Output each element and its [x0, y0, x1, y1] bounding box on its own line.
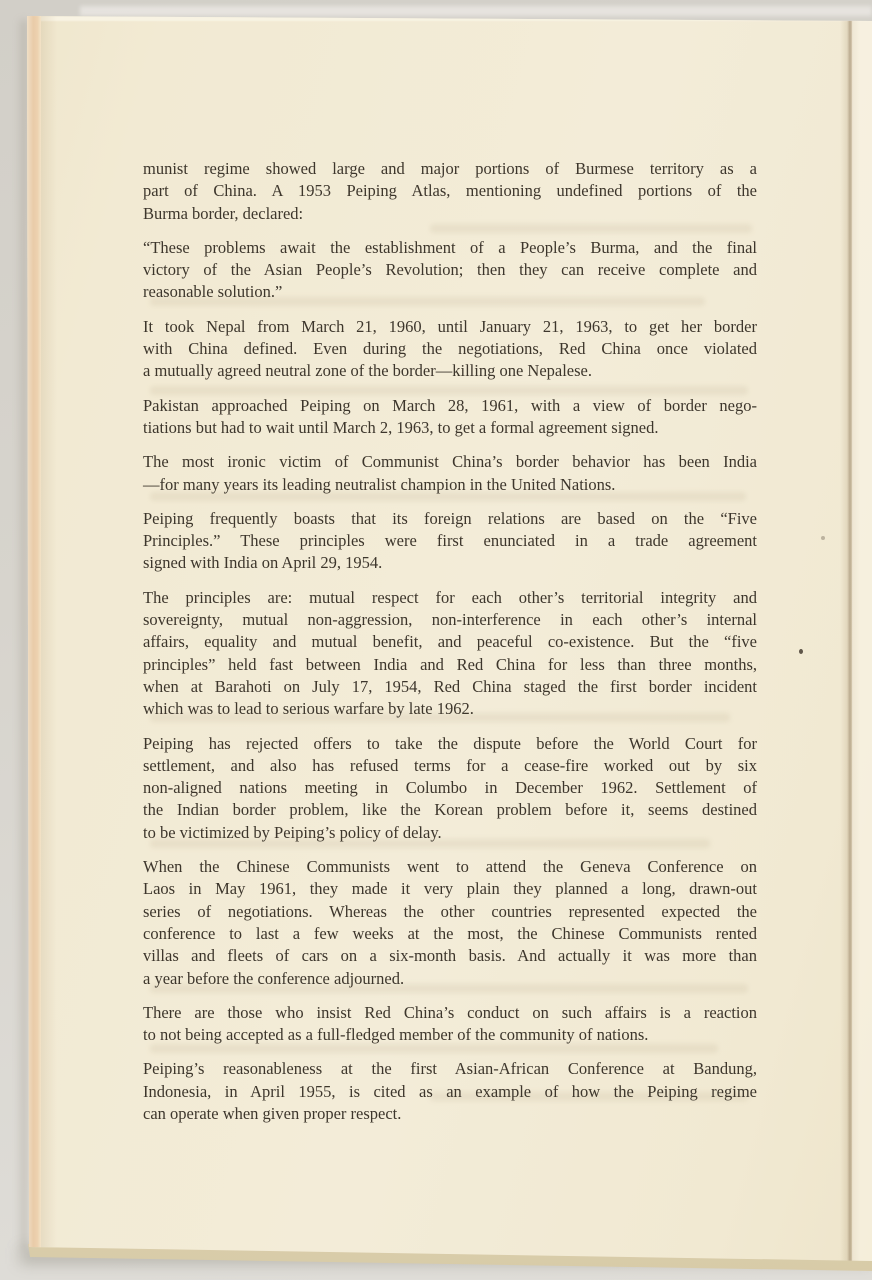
text-line: which was to lead to serious warfare by … [143, 698, 757, 720]
text-line: part of China. A 1953 Peiping Atlas, men… [143, 180, 757, 202]
text-line: Indonesia, in April 1955, is cited as an… [143, 1081, 757, 1103]
facing-page-sliver [852, 20, 872, 1280]
text-line: a mutually agreed neutral zone of the bo… [143, 360, 757, 382]
paragraph: The principles are: mutual respect for e… [143, 587, 757, 721]
paragraph: Peiping’s reasonableness at the first As… [143, 1058, 757, 1125]
paragraph: The most ironic victim of Communist Chin… [143, 451, 757, 496]
paragraph: “These problems await the establishment … [143, 237, 757, 304]
text-line: Pakistan approached Peiping on March 28,… [143, 395, 757, 417]
ink-speck [821, 536, 825, 540]
text-line: It took Nepal from March 21, 1960, until… [143, 316, 757, 338]
paragraph: munist regime showed large and major por… [143, 158, 757, 225]
page-top-edge [27, 16, 872, 21]
text-line: Burma border, declared: [143, 203, 757, 225]
paragraph: Peiping has rejected offers to take the … [143, 733, 757, 844]
text-line: the Indian border problem, like the Kore… [143, 799, 757, 821]
text-line: Peiping’s reasonableness at the first As… [143, 1058, 757, 1080]
scan-top-glare [80, 6, 872, 16]
text-line: Peiping frequently boasts that its forei… [143, 508, 757, 530]
text-line: reasonable solution.” [143, 281, 757, 303]
text-line: series of negotiations. Whereas the othe… [143, 901, 757, 923]
text-line: principles” held fast between India and … [143, 654, 757, 676]
paragraph: Peiping frequently boasts that its forei… [143, 508, 757, 575]
text-line: The principles are: mutual respect for e… [143, 587, 757, 609]
text-line: Peiping has rejected offers to take the … [143, 733, 757, 755]
paragraph: It took Nepal from March 21, 1960, until… [143, 316, 757, 383]
text-line: There are those who insist Red China’s c… [143, 1002, 757, 1024]
text-line: tiations but had to wait until March 2, … [143, 417, 757, 439]
text-line: non-aligned nations meeting in Columbo i… [143, 777, 757, 799]
text-line: affairs, equality and mutual benefit, an… [143, 631, 757, 653]
text-line: a year before the conference adjourned. [143, 968, 757, 990]
text-line: settlement, and also has refused terms f… [143, 755, 757, 777]
paragraph: There are those who insist Red China’s c… [143, 1002, 757, 1047]
paragraph: Pakistan approached Peiping on March 28,… [143, 395, 757, 440]
text-line: The most ironic victim of Communist Chin… [143, 451, 757, 473]
ink-speck [799, 649, 803, 654]
page-left-shadow [20, 20, 28, 1250]
text-line: villas and fleets of cars on a six-month… [143, 945, 757, 967]
text-block: munist regime showed large and major por… [143, 158, 757, 1137]
paragraph: When the Chinese Communists went to atte… [143, 856, 757, 990]
text-line: conference to last a few weeks at the mo… [143, 923, 757, 945]
text-line: to be victimized by Peiping’s policy of … [143, 822, 757, 844]
text-line: Principles.” These principles were first… [143, 530, 757, 552]
text-line: munist regime showed large and major por… [143, 158, 757, 180]
text-line: can operate when given proper respect. [143, 1103, 757, 1125]
text-line: signed with India on April 29, 1954. [143, 552, 757, 574]
text-line: with China defined. Even during the nego… [143, 338, 757, 360]
text-line: when at Barahoti on July 17, 1954, Red C… [143, 676, 757, 698]
scan-background: { "document": { "kind": "scanned-book-pa… [0, 0, 872, 1280]
text-line: When the Chinese Communists went to atte… [143, 856, 757, 878]
book-page: munist regime showed large and major por… [0, 0, 872, 1280]
text-line: “These problems await the establishment … [143, 237, 757, 259]
text-line: victory of the Asian People’s Revolution… [143, 259, 757, 281]
page-fore-edge [27, 16, 41, 1248]
text-line: Laos in May 1961, they made it very plai… [143, 878, 757, 900]
text-line: sovereignty, mutual non-aggression, non-… [143, 609, 757, 631]
page-fore-edge-shadow [41, 16, 57, 1247]
text-line: to not being accepted as a full-fledged … [143, 1024, 757, 1046]
text-line: —for many years its leading neutralist c… [143, 474, 757, 496]
